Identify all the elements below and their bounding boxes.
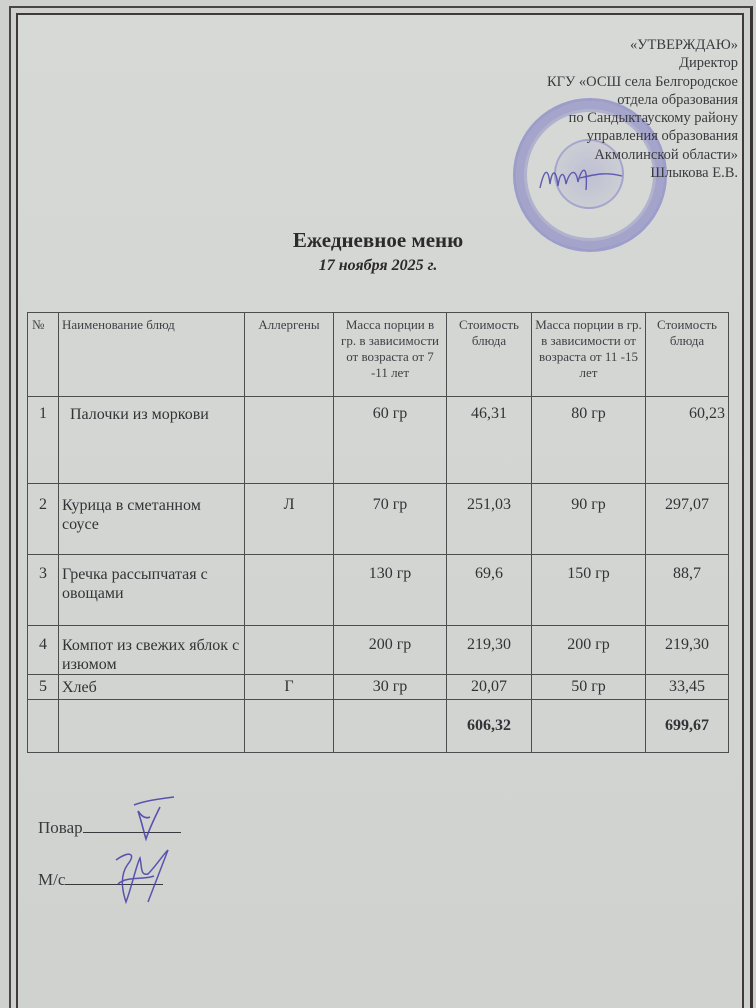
table-row: 3 Гречка рассыпчатая с овощами 130 гр 69… [28,555,729,626]
total-cost-7-11: 606,32 [447,700,532,753]
cost-7-11: 69,6 [447,555,532,626]
column-header-allergens: Аллергены [245,313,334,397]
empty-cell [59,700,245,753]
row-number: 1 [28,397,59,484]
mass-11-15: 150 гр [532,555,646,626]
mass-7-11: 130 гр [334,555,447,626]
empty-cell [28,700,59,753]
title-block: Ежедневное меню 17 ноября 2025 г. [0,228,756,275]
dish-name: Палочки из моркови [59,397,245,484]
row-number: 2 [28,484,59,555]
mass-7-11: 60 гр [334,397,447,484]
menu-table: № Наименование блюд Аллергены Масса порц… [27,312,729,753]
table-totals-row: 606,32 699,67 [28,700,729,753]
cost-11-15: 33,45 [646,675,729,700]
mass-11-15: 90 гр [532,484,646,555]
table-row: 5 Хлеб Г 30 гр 20,07 50 гр 33,45 [28,675,729,700]
row-number: 5 [28,675,59,700]
table-row: 2 Курица в сметанном соусе Л 70 гр 251,0… [28,484,729,555]
cost-7-11: 219,30 [447,626,532,675]
director-signature [536,160,626,196]
column-header-cost-11-15: Стоимость блюда [646,313,729,397]
column-header-cost-7-11: Стоимость блюда [447,313,532,397]
table-row: 1 Палочки из моркови 60 гр 46,31 80 гр 6… [28,397,729,484]
allergens [245,626,334,675]
menu-date: 17 ноября 2025 г. [0,257,756,275]
column-header-mass-11-15: Масса порции в гр. в зависимости от возр… [532,313,646,397]
empty-cell [532,700,646,753]
mass-11-15: 200 гр [532,626,646,675]
cost-11-15: 60,23 [646,397,729,484]
cost-7-11: 251,03 [447,484,532,555]
dish-name: Компот из свежих яблок с изюмом [59,626,245,675]
empty-cell [245,700,334,753]
row-number: 4 [28,626,59,675]
column-header-mass-7-11: Масса порции в гр. в зависимости от возр… [334,313,447,397]
approval-line: управления образования [547,127,738,145]
approval-line: КГУ «ОСШ села Белгородское [547,73,738,91]
cost-11-15: 297,07 [646,484,729,555]
allergens: Г [245,675,334,700]
cook-signature [124,793,184,843]
dish-name: Гречка рассыпчатая с овощами [59,555,245,626]
mass-11-15: 50 гр [532,675,646,700]
allergens [245,555,334,626]
allergens: Л [245,484,334,555]
approval-line: Директор [547,54,738,72]
nurse-signature [96,846,186,906]
nurse-label: М/с [38,870,65,889]
table-header-row: № Наименование блюд Аллергены Масса порц… [28,313,729,397]
total-cost-11-15: 699,67 [646,700,729,753]
empty-cell [334,700,447,753]
approval-line: «УТВЕРЖДАЮ» [547,36,738,54]
mass-7-11: 30 гр [334,675,447,700]
dish-name: Хлеб [59,675,245,700]
cost-11-15: 88,7 [646,555,729,626]
cook-label: Повар [38,818,83,837]
row-number: 3 [28,555,59,626]
table-row: 4 Компот из свежих яблок с изюмом 200 гр… [28,626,729,675]
mass-7-11: 200 гр [334,626,447,675]
page-title: Ежедневное меню [0,228,756,253]
approval-line: отдела образования [547,91,738,109]
dish-name: Курица в сметанном соусе [59,484,245,555]
allergens [245,397,334,484]
mass-11-15: 80 гр [532,397,646,484]
approval-line: по Сандыктаускому району [547,109,738,127]
cost-11-15: 219,30 [646,626,729,675]
cost-7-11: 46,31 [447,397,532,484]
mass-7-11: 70 гр [334,484,447,555]
column-header-number: № [28,313,59,397]
column-header-dish-name: Наименование блюд [59,313,245,397]
cost-7-11: 20,07 [447,675,532,700]
